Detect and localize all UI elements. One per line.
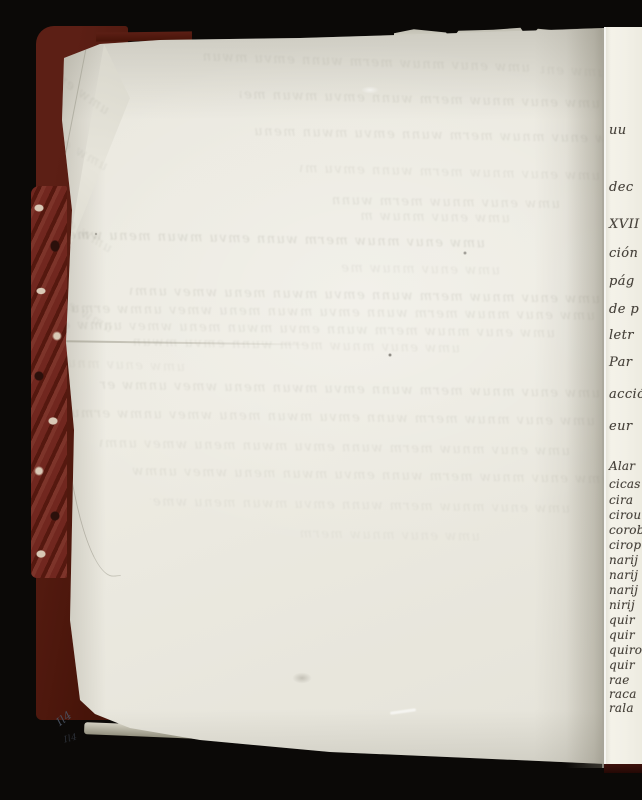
blank-verso-page: umw enuv mnuw merm wunn emvu mwun menu w… <box>60 28 606 773</box>
handwriting-fragment: pág <box>609 274 635 289</box>
handwriting-fragment: cicas <box>609 477 641 491</box>
folded-corner <box>68 44 130 252</box>
showthrough-line: umw enuv mnuw merm wunn emvu mwun menu w… <box>65 299 116 337</box>
handwriting-fragment: narij <box>609 568 638 582</box>
showthrough-line: umw enuv mnuw merm wunn emvu mwun menu w… <box>100 378 600 402</box>
showthrough-line: umw enuv mnuw merm wunn emvu mwun menu w… <box>300 526 480 544</box>
showthrough-line: umw enuv mnuw merm wunn emvu mwun menu w… <box>130 464 610 487</box>
showthrough-line: umw enuv mnuw merm wunn emvu mwun menu w… <box>150 494 570 516</box>
showthrough-line: umw enuv mnuw merm wunn emvu mwun menu w… <box>360 209 510 227</box>
handwriting-fragment: eur <box>609 419 632 434</box>
showthrough-line: umw enuv mnuw merm wunn emvu mwun menu w… <box>100 436 570 459</box>
showthrough-line: umw enuv mnuw merm wunn emvu mwun menu w… <box>65 356 185 375</box>
handwriting-fragment: rae <box>609 673 630 687</box>
handwriting-fragment: quir <box>609 613 635 627</box>
handwriting-fragment: quiro <box>609 643 642 657</box>
showthrough-line: umw enuv mnuw merm wunn emvu mwun menu w… <box>300 161 600 184</box>
pencil-foliation-mark-faint: Il4 <box>63 732 79 745</box>
showthrough-line: umw enuv mnuw merm wunn emvu mwun menu w… <box>130 284 600 307</box>
paper-scratch <box>390 708 416 715</box>
handwriting-fragment: XVII <box>609 217 640 232</box>
cover-bottom-sliver <box>604 764 642 773</box>
showthrough-line: umw enuv mnuw merm wunn emvu mwun menu w… <box>240 87 600 111</box>
handwriting-fragment: narij <box>609 583 638 597</box>
handwriting-fragment: de p <box>609 302 639 317</box>
showthrough-line: umw enuv mnuw merm wunn emvu mwun menu w… <box>65 406 595 429</box>
handwriting-fragment: nirij <box>609 598 635 612</box>
showthrough-line: umw enuv mnuw merm wunn emvu mwun menu w… <box>65 318 555 342</box>
handwriting-fragment: quir <box>609 658 635 672</box>
handwriting-fragment: rala <box>609 701 634 715</box>
showthrough-line: umw enuv mnuw merm wunn emvu mwun menu w… <box>340 261 500 279</box>
showthrough-line: umw enuv mnuw merm wunn emvu mwun menu w… <box>65 301 595 323</box>
showthrough-line: umw enuv mnuw merm wunn emvu mwun menu w… <box>330 193 560 212</box>
page-edge-highlight <box>604 27 606 768</box>
handwriting-fragment: acció <box>609 387 642 402</box>
handwriting-fragment: quir <box>609 628 635 642</box>
showthrough-line: umw enuv mnuw merm wunn emvu mwun menu w… <box>200 49 530 76</box>
handwriting-fragment: letr <box>609 328 634 343</box>
handwriting-fragment: raca <box>609 687 637 701</box>
marbled-endpaper-edge <box>31 186 67 578</box>
handwriting-fragment: ción <box>609 246 638 261</box>
showthrough-line: umw enuv mnuw merm wunn emvu mwun menu w… <box>65 228 485 252</box>
handwriting-fragment: cirop <box>609 538 641 552</box>
handwriting-fragment: narij <box>609 553 638 567</box>
handwriting-fragment: cira <box>609 493 633 507</box>
handwriting-fragment: corob <box>609 523 642 537</box>
gutter-shadow <box>566 28 606 768</box>
handwriting-fragment: dec <box>609 180 634 195</box>
book-scan-photo: umw enuv mnuw merm wunn emvu mwun menu w… <box>0 0 642 800</box>
handwriting-fragment: Par <box>609 355 632 370</box>
handwriting-fragment: uu <box>609 123 627 138</box>
recto-page-strip: uudecXVIIciónpágde pletrParaccióeurAlarc… <box>604 27 642 768</box>
handwriting-fragment: Alar <box>609 459 635 473</box>
horizontal-crease <box>62 340 314 346</box>
handwriting-fragment: cirou <box>609 508 641 522</box>
